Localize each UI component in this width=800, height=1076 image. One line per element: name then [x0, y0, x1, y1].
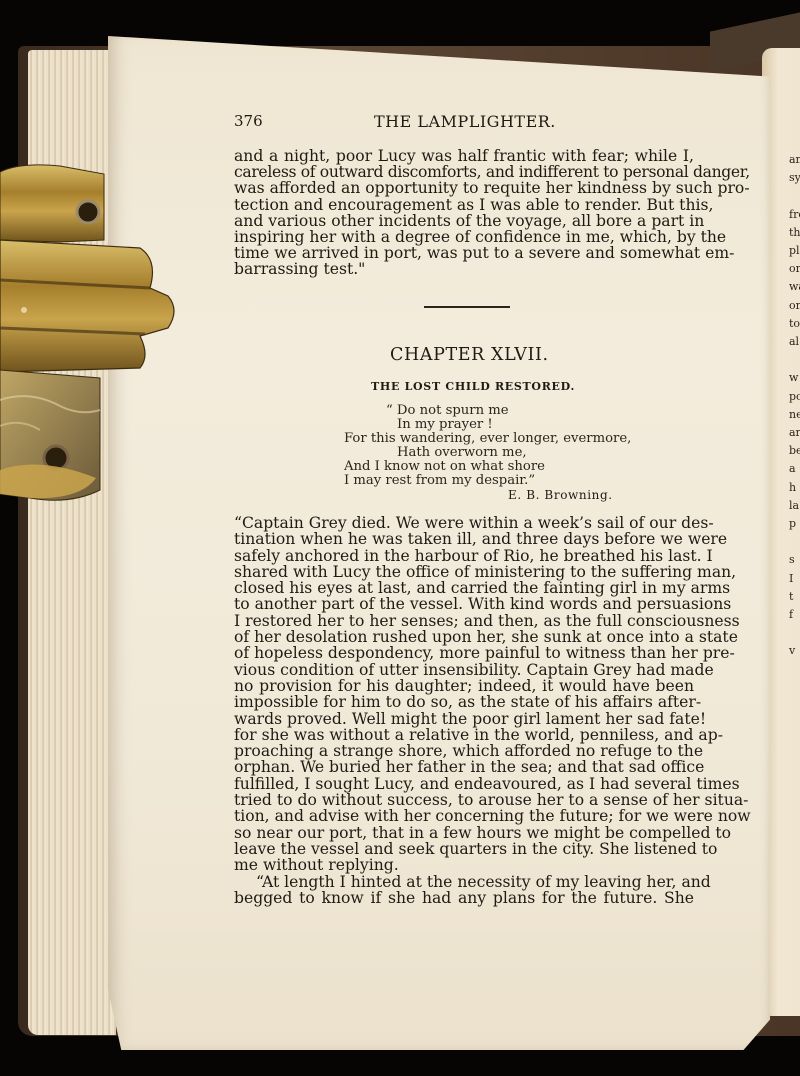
- text-line: proaching a strange shore, which afforde…: [234, 743, 694, 759]
- chapter-body: “Captain Grey died. We were within a wee…: [234, 515, 694, 906]
- chapter-subtitle: THE LOST CHILD RESTORED.: [371, 380, 575, 393]
- text-line: careless of outward discomforts, and ind…: [234, 164, 694, 180]
- facing-page-fragment: an: [789, 151, 800, 168]
- text-line: I restored her to her senses; and then, …: [234, 613, 694, 629]
- facing-page-fragment: p: [789, 515, 796, 532]
- text-line: leave the vessel and seek quarters in th…: [234, 841, 694, 857]
- text-line: barrassing test.": [234, 261, 694, 277]
- page-text-top: 376 THE LAMPLIGHTER. and a night, poor L…: [234, 112, 694, 278]
- facing-page-fragment: w: [789, 369, 798, 386]
- facing-page-fragment: a: [789, 460, 796, 477]
- text-line: tection and encouragement as I was able …: [234, 197, 694, 213]
- epigraph-line: I may rest from my despair.”: [344, 474, 535, 488]
- text-line: tion, and advise with her concerning the…: [234, 808, 694, 824]
- facing-page-fragment: v: [789, 642, 795, 659]
- facing-page-fragment: f: [789, 606, 793, 623]
- facing-page-fragment: ne: [789, 406, 800, 423]
- facing-page-fragment: fre: [789, 206, 800, 223]
- epigraph-line: In my prayer !: [397, 418, 493, 432]
- text-line: closed his eyes at last, and carried the…: [234, 580, 694, 596]
- epigraph-line: For this wandering, ever longer, evermor…: [344, 432, 631, 446]
- facing-page-fragment: al: [789, 333, 799, 350]
- facing-page-fragment: ar: [789, 424, 800, 441]
- text-line: me without replying.: [234, 857, 694, 873]
- text-line: inspiring her with a degree of confidenc…: [234, 229, 694, 245]
- chapter-heading: CHAPTER XLVII.: [390, 345, 549, 365]
- facing-page-fragment: I: [789, 570, 793, 587]
- facing-page-fragment: po: [789, 388, 800, 405]
- facing-page-fragment: pl: [789, 242, 800, 259]
- facing-page-fragment: wa: [789, 278, 800, 295]
- text-line: orphan. We buried her father in the sea;…: [234, 759, 694, 775]
- facing-page-fragment: h: [789, 479, 796, 496]
- facing-page-fragment: t: [789, 588, 793, 605]
- facing-page-fragment: s: [789, 551, 795, 568]
- page-number: 376: [234, 112, 263, 130]
- text-line: tried to do without success, to arouse h…: [234, 792, 694, 808]
- text-line: to another part of the vessel. With kind…: [234, 596, 694, 612]
- epigraph-line: Hath overworn me,: [397, 446, 527, 460]
- text-line: shared with Lucy the office of ministeri…: [234, 564, 694, 580]
- epigraph-line: “ Do not spurn me: [386, 404, 509, 418]
- text-line: for she was without a relative in the wo…: [234, 727, 694, 743]
- text-line: “At length I hinted at the necessity of …: [234, 874, 694, 890]
- text-line: and a night, poor Lucy was half frantic …: [234, 148, 694, 164]
- text-line: time we arrived in port, was put to a se…: [234, 245, 694, 261]
- text-line: wards proved. Well might the poor girl l…: [234, 711, 694, 727]
- facing-page-fragment: or: [789, 260, 800, 277]
- text-line: fulfilled, I sought Lucy, and endeavoure…: [234, 776, 694, 792]
- facing-page-fragment: sy: [789, 169, 800, 186]
- text-line: was afforded an opportunity to requite h…: [234, 180, 694, 196]
- facing-page-fragment: on: [789, 297, 800, 314]
- text-line: and various other incidents of the voyag…: [234, 213, 694, 229]
- facing-page-fragment: to: [789, 315, 800, 332]
- epigraph-attribution: E. B. Browning.: [508, 488, 613, 502]
- text-line: “Captain Grey died. We were within a wee…: [234, 515, 694, 531]
- epigraph-line: And I know not on what shore: [344, 460, 545, 474]
- book-title: THE LAMPLIGHTER.: [374, 112, 556, 131]
- text-line: tination when he was taken ill, and thre…: [234, 531, 694, 547]
- text-line: begged to know if she had any plans for …: [234, 890, 694, 906]
- text-line: safely anchored in the harbour of Rio, h…: [234, 548, 694, 564]
- facing-page-fragment: la: [789, 497, 799, 514]
- facing-page-fragment: th: [789, 224, 800, 241]
- opening-paragraph: and a night, poor Lucy was half frantic …: [234, 148, 694, 278]
- text-line: so near our port, that in a few hours we…: [234, 825, 694, 841]
- running-head: 376 THE LAMPLIGHTER.: [234, 112, 694, 138]
- text-line: impossible for him to do so, as the stat…: [234, 694, 694, 710]
- text-line: no provision for his daughter; indeed, i…: [234, 678, 694, 694]
- text-line: of hopeless despondency, more painful to…: [234, 645, 694, 661]
- text-line: vious condition of utter insensibility. …: [234, 662, 694, 678]
- facing-page-fragment: be: [789, 442, 800, 459]
- section-rule: [424, 306, 510, 308]
- brass-clasp-icon: [0, 160, 180, 505]
- text-line: of her desolation rushed upon her, she s…: [234, 629, 694, 645]
